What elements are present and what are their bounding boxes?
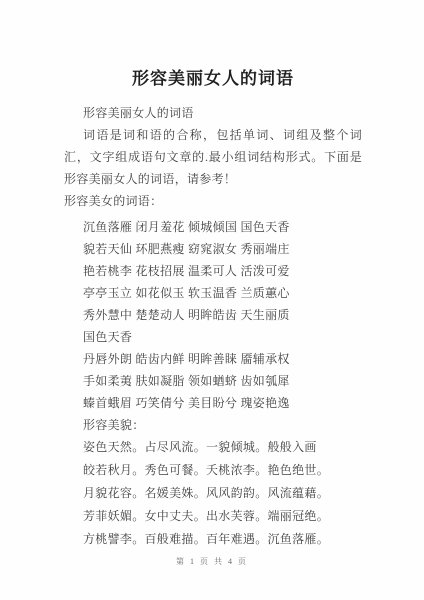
word-line: 丹唇外朗 皓齿内鲜 明眸善睐 靥辅承权 xyxy=(83,348,362,370)
word-line: 月貌花容。名媛美姝。风风韵韵。风流蕴藉。 xyxy=(83,482,362,505)
intro-paragraph: 词语是词和语的合称，包括单词、词组及整个词汇，文字组成语句文章的.最小组词结构形… xyxy=(64,124,362,190)
document-subtitle: 形容美丽女人的词语 xyxy=(83,102,362,124)
word-line: 秀外慧中 楚楚动人 明眸皓齿 天生丽质 xyxy=(83,304,362,326)
page-title: 形容美丽女人的词语 xyxy=(64,66,362,92)
section2-heading: 形容美貌： xyxy=(83,414,362,436)
word-line: 芳菲妖媚。女中丈夫。出水芙蓉。端丽冠绝。 xyxy=(83,505,362,528)
page-number: 第 1 页 共 4 页 xyxy=(0,556,424,568)
word-line: 国色天香 xyxy=(83,326,362,348)
word-line: 皎若秋月。秀色可餐。夭桃浓李。艳色绝世。 xyxy=(83,459,362,482)
word-line: 艳若桃李 花枝招展 温柔可人 活泼可爱 xyxy=(83,260,362,282)
word-line: 螓首蛾眉 巧笑倩兮 美目盼兮 瑰姿艳逸 xyxy=(83,392,362,414)
word-line: 手如柔荑 肤如凝脂 领如蝤蛴 齿如瓠犀 xyxy=(83,370,362,392)
section1-word-list: 沉鱼落雁 闭月羞花 倾城倾国 国色天香 貌若天仙 环肥燕瘦 窈窕淑女 秀丽端庄 … xyxy=(64,216,362,414)
word-line: 亭亭玉立 如花似玉 软玉温香 兰质蕙心 xyxy=(83,282,362,304)
word-line: 姿色天然。占尽风流。一貌倾城。般般入画 xyxy=(83,436,362,459)
section1-heading: 形容美女的词语： xyxy=(64,190,362,212)
section2-word-list: 姿色天然。占尽风流。一貌倾城。般般入画 皎若秋月。秀色可餐。夭桃浓李。艳色绝世。… xyxy=(64,436,362,551)
document-page: 形容美丽女人的词语 形容美丽女人的词语 词语是词和语的合称，包括单词、词组及整个… xyxy=(0,0,424,600)
word-line: 方桃譬李。百般难描。百年难遇。沉鱼落雁。 xyxy=(83,528,362,551)
word-line: 沉鱼落雁 闭月羞花 倾城倾国 国色天香 xyxy=(83,216,362,238)
word-line: 貌若天仙 环肥燕瘦 窈窕淑女 秀丽端庄 xyxy=(83,238,362,260)
